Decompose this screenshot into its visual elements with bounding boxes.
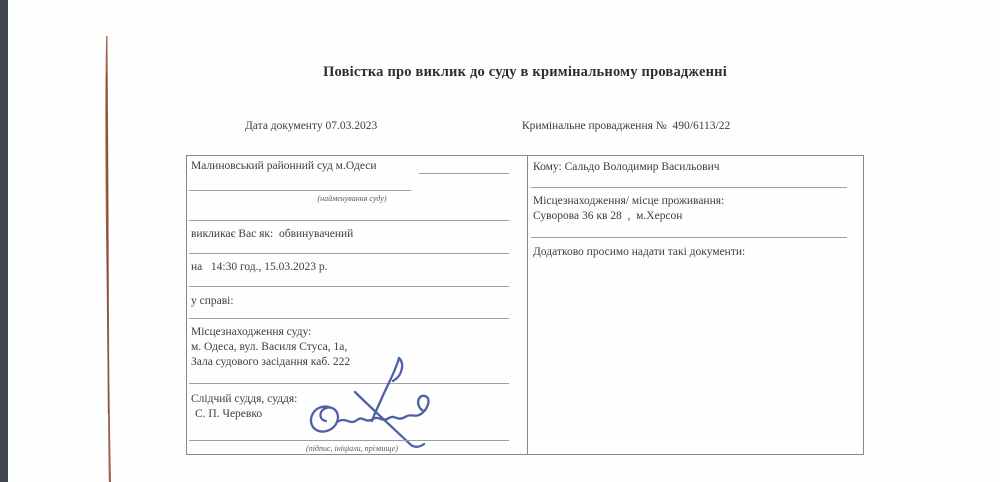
recipient-info-column: Кому: Сальдо Володимир Васильович Місцез…	[528, 156, 863, 454]
in-case-label: у справі:	[191, 294, 234, 309]
judge-label: Слідчий суддя, суддя:	[191, 392, 297, 407]
rule-line	[189, 253, 509, 254]
signature-underline	[189, 440, 509, 441]
residence-label: Місцезнаходження/ місце проживання:	[533, 194, 724, 209]
court-location-label: Місцезнаходження суду:	[191, 325, 311, 340]
judge-name: С. П. Черевко	[195, 407, 262, 422]
court-address-line1: м. Одеса, вул. Василя Стуса, 1а,	[191, 340, 347, 355]
case-number: Кримінальне провадження № 490/6113/22	[522, 119, 730, 134]
hearing-datetime: на 14:30 год., 15.03.2023 р.	[191, 260, 328, 275]
document-date: Дата документу 07.03.2023	[245, 119, 377, 134]
documents-request: Додатково просимо надати такі документи:	[533, 245, 745, 260]
rule-line	[531, 187, 847, 188]
rule-line	[189, 286, 509, 287]
judge-signature-scribble	[299, 354, 459, 451]
scan-crease-mark	[96, 34, 120, 482]
recipient-name: Кому: Сальдо Володимир Васильович	[533, 160, 720, 175]
summon-as-line: викликає Вас як: обвинувачений	[191, 227, 353, 242]
summons-table: Малиновський районний суд м.Одеси (найме…	[186, 155, 864, 455]
rule-line	[531, 237, 847, 238]
court-name: Малиновський районний суд м.Одеси	[191, 159, 376, 174]
document-title: Повістка про виклик до суду в кримінальн…	[186, 64, 864, 81]
court-name-underline	[189, 190, 411, 191]
court-info-column: Малиновський районний суд м.Одеси (найме…	[187, 156, 528, 454]
rule-line	[189, 318, 509, 319]
residence-value: Суворова 36 кв 28 , м.Херсон	[533, 209, 682, 224]
signature-caption: (підпис, ініціали, прізвище)	[187, 444, 517, 453]
scanned-court-summons-page: Повістка про виклик до суду в кримінальн…	[0, 0, 1000, 482]
rule-line	[189, 220, 509, 221]
blank-line	[419, 173, 509, 174]
window-edge-bar	[0, 0, 8, 482]
court-name-caption: (найменування суду)	[187, 194, 517, 203]
